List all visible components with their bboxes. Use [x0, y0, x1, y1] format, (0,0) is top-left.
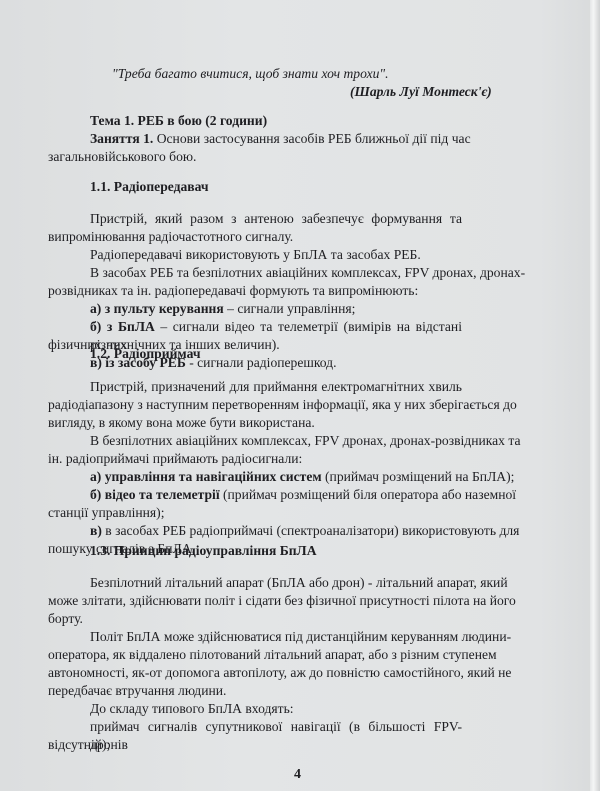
paragraph-line: розвідниках та ін. радіопередавачі форму… [48, 282, 418, 300]
list-item-bold: б) з БпЛА [90, 319, 155, 334]
paragraph-line: борту. [48, 610, 83, 628]
section-heading-1-1: 1.1. Радіопередавач [90, 178, 209, 196]
epigraph-quote: "Треба багато вчитися, щоб знати хоч тро… [112, 65, 389, 83]
list-item-bold: а) з пульту керування [90, 301, 224, 316]
list-item-bold: б) відео та телеметрії [90, 487, 220, 502]
paragraph-line: станції управління); [48, 504, 164, 522]
topic-title: Тема 1. РЕБ в бою (2 години) [90, 112, 267, 130]
paragraph-line: Пристрій, призначений для приймання елек… [90, 378, 462, 396]
list-item-text: – сигнали управління; [224, 301, 356, 316]
paragraph-line: автономності, як-от допомога автопілоту,… [48, 664, 511, 682]
lesson-label: Заняття 1. [90, 131, 153, 146]
paragraph-line: радіодіапазону з наступним перетворенням… [48, 396, 517, 414]
paragraph-line: випромінювання радіочастотного сигналу. [48, 228, 293, 246]
paragraph-line: Пристрій, який разом з антеною забезпечу… [90, 210, 462, 228]
paragraph-line: оператора, як віддалено пілотований літа… [48, 646, 497, 664]
section-heading-1-3: 1.3. Принцип радіоуправління БпЛА [90, 542, 317, 560]
list-item-text: (приймач розміщений біля оператора або н… [220, 487, 516, 502]
paragraph-line: відсутній); [48, 736, 110, 754]
paragraph-line: Політ БпЛА може здійснюватися під дистан… [90, 628, 511, 646]
paragraph-line: Безпілотний літальний апарат (БпЛА або д… [90, 574, 508, 592]
list-item-text: - сигнали радіоперешкод. [186, 355, 337, 370]
document-page: "Треба багато вчитися, щоб знати хоч тро… [0, 0, 600, 791]
list-item-bold: в) [90, 523, 102, 538]
page-number: 4 [294, 766, 301, 784]
lesson-line-2: загальновійськового бою. [48, 148, 196, 166]
paragraph-line: ін. радіоприймачі приймають радіосигнали… [48, 450, 302, 468]
epigraph-author: (Шарль Луї Монтеск'є) [350, 83, 492, 101]
paragraph-line: вигляду, в якому вона може бути використ… [48, 414, 315, 432]
list-item-a: а) з пульту керування – сигнали управлін… [90, 300, 355, 318]
paragraph-line: Радіопередавачі використовують у БпЛА та… [90, 246, 421, 264]
list-item-b: б) відео та телеметрії (приймач розміщен… [90, 486, 516, 504]
list-item-bold: а) управління та навігаційних систем [90, 469, 322, 484]
list-item-text: (приймач розміщений на БпЛА); [322, 469, 515, 484]
list-item-text: в засобах РЕБ радіоприймачі (спектроанал… [102, 523, 520, 538]
lesson-text: Основи застосування засобів РЕБ ближньої… [157, 131, 471, 146]
paragraph-line: приймач сигналів супутникової навігації … [90, 718, 462, 754]
lesson-line-1: Заняття 1. Основи застосування засобів Р… [90, 130, 462, 148]
paragraph-line: В безпілотних авіаційних комплексах, FPV… [90, 432, 521, 450]
paragraph-line: може злітати, здійснювати політ і сідати… [48, 592, 516, 610]
paragraph-line: До складу типового БпЛА входять: [90, 700, 294, 718]
list-item-a: а) управління та навігаційних систем (пр… [90, 468, 514, 486]
section-heading-1-2: 1.2. Радіоприймач [90, 345, 200, 363]
paragraph-line: передбачає втручання людини. [48, 682, 226, 700]
list-item-c: в) в засобах РЕБ радіоприймачі (спектроа… [90, 522, 519, 540]
paragraph-line: В засобах РЕБ та безпілотних авіаційних … [90, 264, 525, 282]
